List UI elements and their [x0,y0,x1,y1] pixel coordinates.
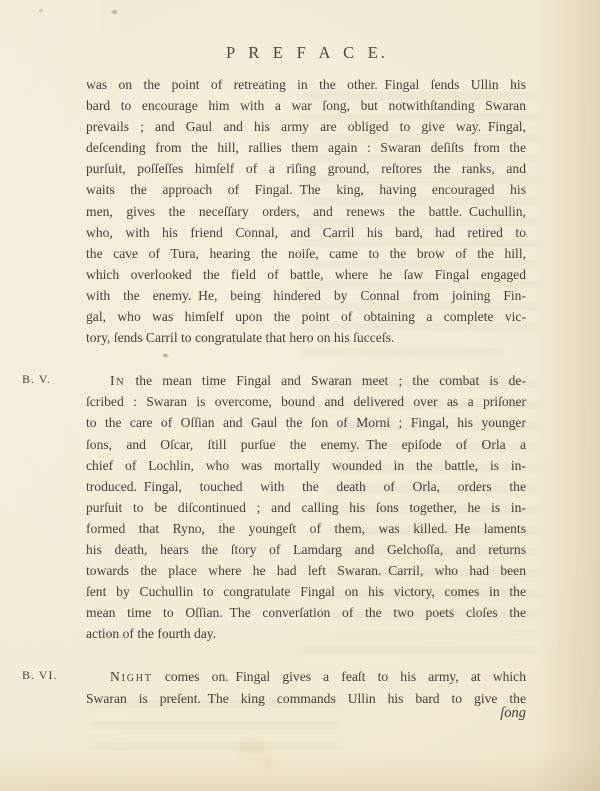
paragraph: B. VI.Night comes on. Fingal gives a fea… [86,666,526,708]
text-line: men, gives the neceſſary orders, and ren… [86,201,526,222]
text-line: with the enemy. He, being hindered by Co… [86,285,526,306]
text-line: ſcribed : Swaran is overcome, bound and … [86,391,526,412]
text-line: waits the approach of Fingal. The king, … [86,179,526,200]
text-line: deſcending from the hill, rallies them a… [86,137,526,158]
text-line: purſuit, poſſeſſes himſelf of a riſing g… [86,158,526,179]
text-line: purſuit to be diſcontinued ; and calling… [86,497,526,518]
paper-stain [238,740,266,755]
text-line: who, with his friend Connal, and Carril … [86,222,526,243]
text-line: towards the place where he had left Swar… [86,560,526,581]
book-page: P R E F A C E. was on the point of retre… [0,0,600,791]
paragraph-lead-word: In [110,373,125,388]
text-line: ſent by Cuchullin to congratulate Fingal… [86,581,526,602]
catchword: ſong [86,705,527,722]
foxing-speck [163,354,168,357]
text-line: bard to encourage him with a war ſong, b… [86,95,526,116]
text-line: In the mean time Fingal and Swaran meet … [86,370,526,391]
paragraph: B. V.In the mean time Fingal and Swaran … [86,370,526,644]
text-line: formed that Ryno, the youngeſt of them, … [86,518,526,539]
foxing-speck [112,10,117,14]
text-line: tory, ſends Carril to congratulate that … [86,327,526,348]
text-line: ſons, and Oſcar, ſtill purſue the enemy.… [86,434,526,455]
text-line: the cave of Tura, hearing the noiſe, cam… [86,243,526,264]
text-line: gal, who was himſelf upon the point of o… [86,306,526,327]
page-title: P R E F A C E. [7,43,600,63]
margin-note: B. V. [22,372,51,387]
paper-stain [262,757,275,766]
text-line: his death, hears the ſtory of Lamdarg an… [86,539,526,560]
foxing-speck [39,9,43,12]
text-block: was on the point of retreating in the ot… [86,74,526,709]
text-line: chief of Lochlin, who was mortally wound… [86,455,526,476]
text-line: Night comes on. Fingal gives a feaſt to … [86,666,526,687]
text-line: action of the fourth day. [86,623,526,644]
paragraph: was on the point of retreating in the ot… [86,74,526,348]
paragraph-lead-word: Night [110,669,153,684]
text-line: was on the point of retreating in the ot… [86,74,526,95]
text-line: prevails ; and Gaul and his army are obl… [86,116,526,137]
text-line: troduced. Fingal, touched with the death… [86,476,526,497]
text-line: mean time to Oſſian. The converſation of… [86,602,526,623]
text-line: to the care of Oſſian and Gaul the ſon o… [86,412,526,433]
text-line: which overlooked the field of battle, wh… [86,264,526,285]
margin-note: B. VI. [22,668,57,683]
